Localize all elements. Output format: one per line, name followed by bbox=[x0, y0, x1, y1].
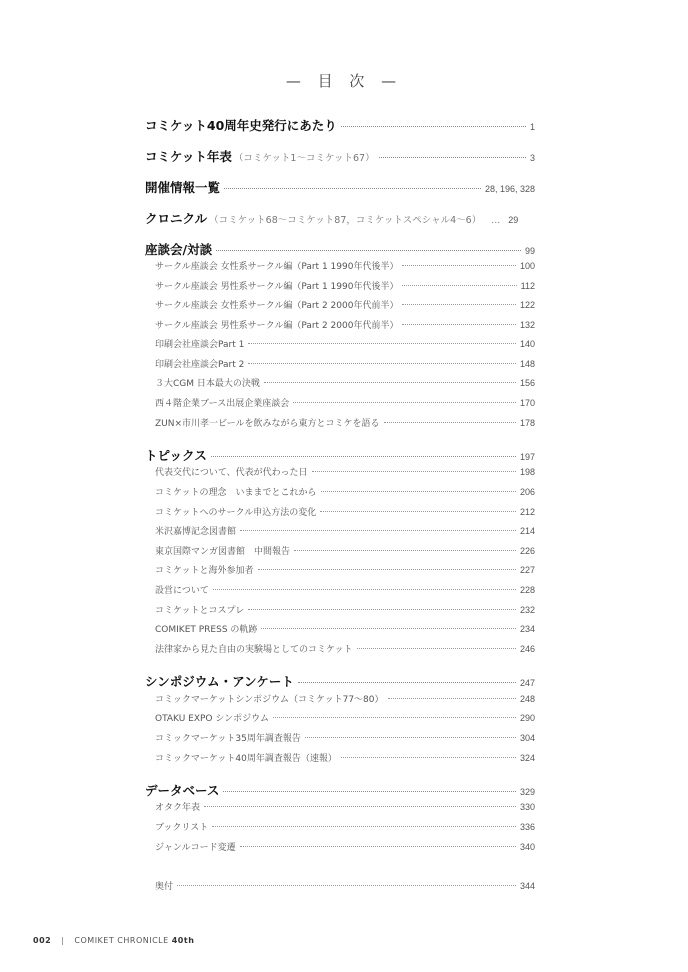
toc-section-heading[interactable]: データベース329 bbox=[145, 781, 535, 799]
toc-page-number: 214 bbox=[520, 526, 535, 536]
toc-leader-dots bbox=[258, 569, 516, 570]
toc-entry-title: OTAKU EXPO シンポジウム bbox=[155, 711, 269, 724]
toc-page-number: 198 bbox=[520, 467, 535, 477]
page-footer: 002|COMIKET CHRONICLE 40th bbox=[33, 936, 194, 945]
toc-entry-title: コミケット年表 bbox=[145, 147, 232, 165]
toc-entry-subtitle: （コミケット1～コミケット67） bbox=[234, 150, 375, 164]
toc-page-number: 228 bbox=[520, 585, 535, 595]
toc-entry[interactable]: コミケットの理念 いままでとこれから206 bbox=[145, 485, 535, 498]
toc-leader-dots bbox=[402, 285, 516, 286]
toc-entry-title: コミケットへのサークル申込方法の変化 bbox=[155, 505, 316, 518]
toc-page-number: 247 bbox=[520, 678, 535, 688]
toc-entry[interactable]: サークル座談会 男性系サークル編（Part 2 2000年代前半）132 bbox=[145, 318, 535, 331]
toc-entry-title: 設営について bbox=[155, 583, 209, 596]
toc-page-number: 246 bbox=[520, 644, 535, 654]
toc-entry[interactable]: ZUN×市川孝一ビールを飲みながら東方とコミケを語る178 bbox=[145, 416, 535, 429]
toc-page-number: 304 bbox=[520, 733, 535, 743]
toc-leader-dots bbox=[388, 698, 516, 699]
toc-entry-title: オタク年表 bbox=[155, 800, 200, 813]
toc-entry-title: サークル座談会 男性系サークル編（Part 2 2000年代前半） bbox=[155, 318, 398, 331]
toc-leader-dots bbox=[293, 402, 516, 403]
toc-entry[interactable]: コミケットとコスプレ232 bbox=[145, 603, 535, 616]
toc-page-number: 206 bbox=[520, 487, 535, 497]
toc-leader-dots bbox=[240, 530, 516, 531]
toc-entry[interactable]: ３大CGM 日本最大の決戦156 bbox=[145, 376, 535, 389]
toc-entry-title: ジャンルコード変遷 bbox=[155, 840, 236, 853]
toc-leader-dots bbox=[216, 250, 521, 251]
toc-entry-title: トピックス bbox=[145, 446, 207, 464]
toc-page-number: 122 bbox=[520, 300, 535, 310]
toc-leader-dots bbox=[177, 885, 516, 886]
toc-entry[interactable]: コミックマーケット40周年調査報告（速報）324 bbox=[145, 751, 535, 764]
toc-section-heading[interactable]: コミケット年表（コミケット1～コミケット67）3 bbox=[145, 147, 535, 165]
toc-leader-dots bbox=[294, 550, 516, 551]
toc-leader-dots bbox=[357, 648, 516, 649]
toc-leader-dots bbox=[240, 846, 516, 847]
toc-entry-title: サークル座談会 女性系サークル編（Part 1 1990年代後半） bbox=[155, 259, 398, 272]
toc-entry[interactable]: OTAKU EXPO シンポジウム290 bbox=[145, 711, 535, 724]
toc-leader-dots bbox=[261, 628, 516, 629]
toc-entry-title: コミケットとコスプレ bbox=[155, 603, 244, 616]
toc-leader-dots bbox=[248, 343, 516, 344]
toc-page-number: 112 bbox=[521, 281, 535, 291]
toc-leader-dots bbox=[273, 717, 516, 718]
toc-entry-title: 開催情報一覧 bbox=[145, 178, 220, 196]
toc-entry-title: 東京国際マンガ図書館 中間報告 bbox=[155, 544, 290, 557]
toc-page-number: 132 bbox=[520, 320, 535, 330]
toc-leader-dots bbox=[402, 324, 516, 325]
toc-entry-title: ZUN×市川孝一ビールを飲みながら東方とコミケを語る bbox=[155, 416, 380, 429]
toc-entry-title: 米沢嘉博記念図書館 bbox=[155, 524, 236, 537]
toc-leader-dots bbox=[341, 126, 526, 127]
toc-entry-title: 法律家から見た自由の実験場としてのコミケット bbox=[155, 642, 353, 655]
toc-entry-title: ３大CGM 日本最大の決戦 bbox=[155, 376, 260, 389]
publication-name: COMIKET CHRONICLE bbox=[74, 936, 168, 945]
toc-entry[interactable]: オタク年表330 bbox=[145, 800, 535, 813]
toc-page-number: 3 bbox=[530, 153, 535, 163]
toc-page-number: 212 bbox=[520, 507, 535, 517]
toc-page-number: 290 bbox=[520, 713, 535, 723]
toc-entry[interactable]: 奥付344 bbox=[145, 879, 535, 892]
toc-leader-dots bbox=[379, 157, 526, 158]
toc-section-heading[interactable]: クロニクル（コミケット68～コミケット87，コミケットスペシャル4～6）…29 bbox=[145, 209, 535, 227]
toc-leader-dots bbox=[223, 791, 516, 792]
toc-leader-dots bbox=[248, 363, 516, 364]
toc-leader-dots bbox=[384, 422, 516, 423]
toc-page-number: 329 bbox=[520, 787, 535, 797]
toc-entry-title: データベース bbox=[145, 781, 219, 799]
toc-page-number: 170 bbox=[520, 398, 535, 408]
toc-page-number: 197 bbox=[520, 452, 535, 462]
toc-leader-dots bbox=[305, 737, 516, 738]
toc-leader-dots bbox=[213, 589, 516, 590]
toc-leader-dots bbox=[321, 491, 516, 492]
toc-entry[interactable]: 東京国際マンガ図書館 中間報告226 bbox=[145, 544, 535, 557]
toc-entry-subtitle: （コミケット68～コミケット87，コミケットスペシャル4～6） bbox=[209, 212, 481, 226]
toc-leader-dots bbox=[248, 609, 516, 610]
toc-page-number: 178 bbox=[520, 418, 535, 428]
toc-page-number: 1 bbox=[530, 122, 535, 132]
toc-page-number: 232 bbox=[520, 605, 535, 615]
toc-entry[interactable]: コミックマーケット35周年調査報告304 bbox=[145, 731, 535, 744]
toc-page-number: 140 bbox=[520, 339, 535, 349]
toc-page-number: 324 bbox=[520, 753, 535, 763]
toc-leader-dots bbox=[312, 471, 516, 472]
toc-entry[interactable]: サークル座談会 女性系サークル編（Part 1 1990年代後半）100 bbox=[145, 259, 535, 272]
toc-leader-dots bbox=[320, 511, 516, 512]
toc-entry[interactable]: サークル座談会 女性系サークル編（Part 2 2000年代前半）122 bbox=[145, 298, 535, 311]
toc-entry-title: コミックマーケットシンポジウム（コミケット77～80） bbox=[155, 692, 384, 705]
toc-page-number: 336 bbox=[520, 822, 535, 832]
toc-entry-title: コミックマーケット35周年調査報告 bbox=[155, 731, 301, 744]
toc-leader-dots bbox=[402, 304, 516, 305]
toc-page-number: 99 bbox=[525, 246, 535, 256]
toc-entry-title: COMIKET PRESS の軌跡 bbox=[155, 622, 257, 635]
toc-entry-title: ブックリスト bbox=[155, 820, 208, 833]
toc-leader-dots bbox=[298, 682, 516, 683]
toc-page-number: 156 bbox=[520, 378, 535, 388]
toc-entry-title: コミケットと海外参加者 bbox=[155, 563, 254, 576]
toc-entry-title: 印刷会社座談会Part 2 bbox=[155, 357, 244, 370]
toc-page-number: 340 bbox=[520, 842, 535, 852]
toc-page-number: 330 bbox=[520, 802, 535, 812]
toc-entry-title: 奥付 bbox=[155, 879, 173, 892]
toc-entry[interactable]: 法律家から見た自由の実験場としてのコミケット246 bbox=[145, 642, 535, 655]
page-title: — 目 次 — bbox=[0, 70, 688, 91]
toc-entry[interactable]: 印刷会社座談会Part 1140 bbox=[145, 337, 535, 350]
toc-entry-title: コミックマーケット40周年調査報告（速報） bbox=[155, 751, 337, 764]
toc-entry[interactable]: COMIKET PRESS の軌跡234 bbox=[145, 622, 535, 635]
toc-entry[interactable]: ブックリスト336 bbox=[145, 820, 535, 833]
toc-section-heading[interactable]: トピックス197 bbox=[145, 446, 535, 464]
toc-leader-dots bbox=[224, 188, 481, 189]
toc-section-heading[interactable]: 座談会/対談99 bbox=[145, 240, 535, 258]
toc-entry[interactable]: サークル座談会 男性系サークル編（Part 1 1990年代後半）112 bbox=[145, 279, 535, 292]
toc-leader-dots bbox=[204, 806, 516, 807]
toc-entry-title: 西４階企業ブース出展企業座談会 bbox=[155, 396, 289, 409]
toc-entry[interactable]: 米沢嘉博記念図書館214 bbox=[145, 524, 535, 537]
toc-page-number: 248 bbox=[520, 694, 535, 704]
toc-entry[interactable]: 西４階企業ブース出展企業座談会170 bbox=[145, 396, 535, 409]
toc-entry[interactable]: 印刷会社座談会Part 2148 bbox=[145, 357, 535, 370]
toc-leader-dots bbox=[211, 456, 516, 457]
toc-page-number: 148 bbox=[520, 359, 535, 369]
footer-separator: | bbox=[61, 936, 64, 945]
page-number: 002 bbox=[33, 936, 51, 945]
toc-leader-dots bbox=[212, 826, 516, 827]
toc-page-number: 226 bbox=[520, 546, 535, 556]
toc-entry[interactable]: コミケットへのサークル申込方法の変化212 bbox=[145, 505, 535, 518]
toc-entry-title: コミケットの理念 いままでとこれから bbox=[155, 485, 317, 498]
toc-entry-title: 印刷会社座談会Part 1 bbox=[155, 337, 244, 350]
toc-entry-title: シンポジウム・アンケート bbox=[145, 672, 294, 690]
toc-leader-dots bbox=[341, 757, 516, 758]
toc-page-number: 100 bbox=[520, 261, 535, 271]
toc-entry[interactable]: 設営について228 bbox=[145, 583, 535, 596]
toc-entry-title: サークル座談会 女性系サークル編（Part 2 2000年代前半） bbox=[155, 298, 398, 311]
toc-page-number: 344 bbox=[520, 881, 535, 891]
toc-page-number: 227 bbox=[520, 565, 535, 575]
toc-section-heading[interactable]: シンポジウム・アンケート247 bbox=[145, 672, 535, 690]
toc-page-number: 28, 196, 328 bbox=[485, 184, 535, 194]
toc-entry-title: サークル座談会 男性系サークル編（Part 1 1990年代後半） bbox=[155, 279, 398, 292]
toc-page-number: 234 bbox=[520, 624, 535, 634]
toc-page-number: 29 bbox=[508, 215, 518, 225]
toc-section-heading[interactable]: 開催情報一覧28, 196, 328 bbox=[145, 178, 535, 196]
toc-entry[interactable]: コミケットと海外参加者227 bbox=[145, 563, 535, 576]
edition-label: 40th bbox=[172, 936, 195, 945]
toc-entry[interactable]: 代表交代について、代表が代わった日198 bbox=[145, 465, 535, 478]
toc-leader-ellipsis: … bbox=[491, 216, 500, 226]
toc-section-heading[interactable]: コミケット40周年史発行にあたり1 bbox=[145, 116, 535, 134]
toc-entry-title: コミケット40周年史発行にあたり bbox=[145, 116, 337, 134]
toc-entry[interactable]: ジャンルコード変遷340 bbox=[145, 840, 535, 853]
toc-entry[interactable]: コミックマーケットシンポジウム（コミケット77～80）248 bbox=[145, 692, 535, 705]
toc-entry-title: クロニクル bbox=[145, 209, 207, 227]
toc-entry-title: 座談会/対談 bbox=[145, 240, 212, 258]
toc-entry-title: 代表交代について、代表が代わった日 bbox=[155, 465, 308, 478]
toc-leader-dots bbox=[402, 265, 516, 266]
toc-leader-dots bbox=[264, 382, 516, 383]
